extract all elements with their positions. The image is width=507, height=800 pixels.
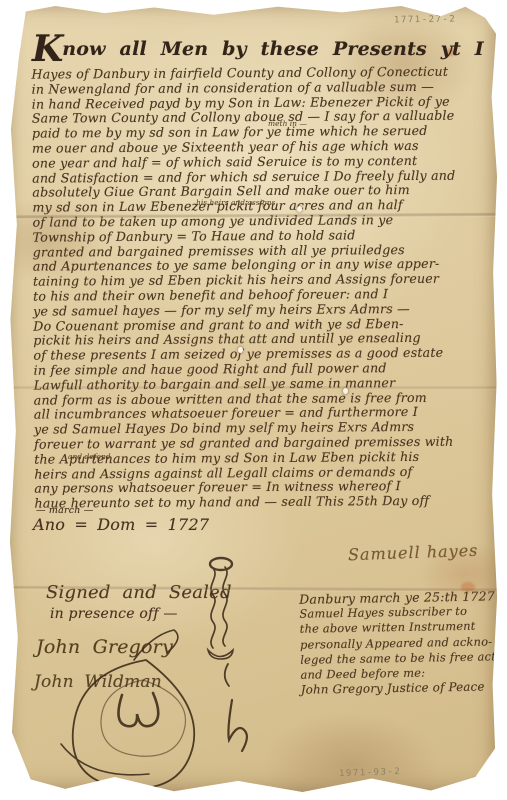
scribble-curl (134, 630, 178, 660)
pinhole (343, 388, 348, 394)
scanned-deed-page: 1771-27-2 1971-93-2 Know all Men by thes… (0, 0, 507, 800)
scribble-inner-circle (101, 680, 186, 756)
seal-ribbon-waves (211, 567, 227, 648)
ink-doodles (6, 2, 500, 796)
aged-paper: 1771-27-2 1971-93-2 Know all Men by thes… (6, 2, 500, 796)
flourish-h-mark (228, 700, 246, 751)
scribble-w-mark (118, 693, 158, 726)
seal-ribbon-cup (208, 650, 233, 659)
flourish-mark (225, 664, 229, 686)
pinhole (238, 347, 243, 353)
pinhole (297, 206, 302, 212)
